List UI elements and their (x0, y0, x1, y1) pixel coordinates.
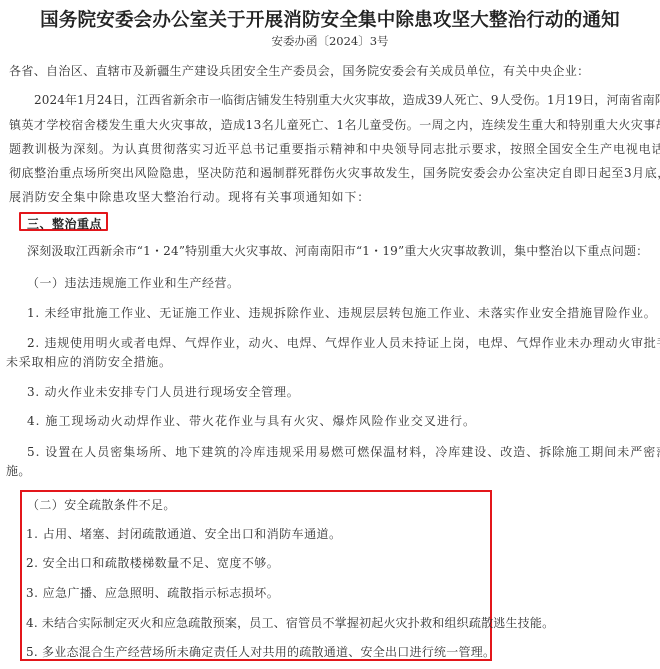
list-item: 3. 动火作业未安排专门人员进行现场安全管理。 (27, 383, 300, 400)
list-item: 1. 未经审批施工作业、无证施工作业、违规拆除作业、违规层层转包施工作业、未落实… (27, 304, 657, 321)
list-item: 2. 违规使用明火或者电焊、气焊作业，动火、电焊、气焊作业人员未持证上岗，电焊、… (27, 334, 660, 351)
list-item: 4. 未结合实际制定灭火和应急疏散预案，员工、宿管员不掌握初起火灾扑救和组织疏散… (26, 614, 554, 631)
section-heading: 三、整治重点 (27, 215, 102, 232)
salutation: 各省、自治区、直辖市及新疆生产建设兵团安全生产委员会，国务院安委会有关成员单位，… (9, 62, 589, 79)
list-item-continuation: 未采取相应的消防安全措施。 (6, 353, 172, 370)
document-title: 国务院安委会办公室关于开展消防安全集中除患攻坚大整治行动的通知 (0, 6, 660, 32)
subsection-title: （二）安全疏散条件不足。 (27, 496, 176, 513)
list-item: 5. 设置在人员密集场所、地下建筑的冷库违规采用易燃可燃保温材料，冷库建设、改造… (27, 443, 660, 460)
intro-line: 彻底整治重点场所突出风险隐患，坚决防范和遏制群死群伤火灾事故发生，国务院安委会办… (9, 164, 660, 181)
intro-line: 展消防安全集中除患攻坚大整治行动。现将有关事项通知如下： (9, 188, 370, 205)
intro-line: 2024年1月24日，江西省新余市一临街店铺发生特别重大火灾事故，造成39人死亡… (34, 91, 660, 108)
intro-line: 题教训极为深刻。为认真贯彻落实习近平总书记重要指示精神和中央领导同志批示要求，按… (9, 140, 660, 157)
list-item: 5. 多业态混合生产经营场所未确定责任人对共用的疏散通道、安全出口进行统一管理。 (26, 643, 495, 660)
subsection-title: （一）违法违规施工作业和生产经营。 (27, 274, 240, 291)
document-number: 安委办函〔2024〕3号 (0, 33, 660, 49)
subsection-highlight (20, 490, 492, 661)
list-item: 3. 应急广播、应急照明、疏散指示标志损坏。 (26, 584, 279, 601)
section-lead: 深刻汲取江西新余市“1・24”特别重大火灾事故、河南南阳市“1・19”重大火灾事… (27, 242, 648, 259)
list-item-continuation: 施。 (6, 462, 31, 479)
intro-line: 镇英才学校宿舍楼发生重大火灾事故，造成13名儿童死亡、1名儿童受伤。一周之内，连… (9, 116, 660, 133)
list-item: 4. 施工现场动火动焊作业、带火花作业与具有火灾、爆炸风险作业交叉进行。 (27, 412, 476, 429)
list-item: 1. 占用、堵塞、封闭疏散通道、安全出口和消防车通道。 (26, 525, 341, 542)
list-item: 2. 安全出口和疏散楼梯数量不足、宽度不够。 (26, 554, 279, 571)
